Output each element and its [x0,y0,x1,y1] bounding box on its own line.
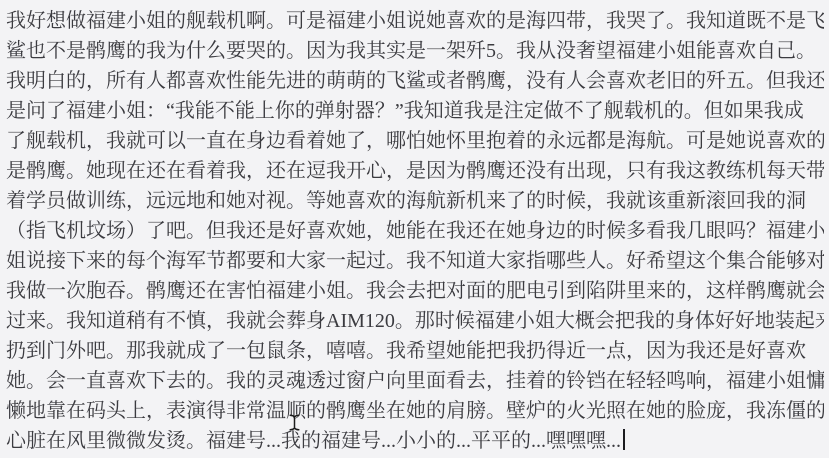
text-line[interactable]: 鲨也不是鹘鹰的我为什么要哭的。因为我其实是一架歼5。我从没奢望福建小姐能喜欢自己… [6,36,824,66]
text-line[interactable]: 我明白的，所有人都喜欢性能先进的萌萌的飞鲨或者鹘鹰，没有人会喜欢老旧的歼五。但我… [6,66,824,96]
text-line[interactable]: 是问了福建小姐：“我能不能上你的弹射器？”我知道我是注定做不了舰载机的。但如果我… [6,96,824,126]
text-line[interactable]: 着学员做训练，远远地和她对视。等她喜欢的海航新机来了的时候，我就该重新滚回我的洞 [6,186,824,216]
text-editor-area[interactable]: 我好想做福建小姐的舰载机啊。可是福建小姐说她喜欢的是海四带，我哭了。我知道既不是… [0,0,829,458]
text-line[interactable]: 我好想做福建小姐的舰载机啊。可是福建小姐说她喜欢的是海四带，我哭了。我知道既不是… [6,6,824,36]
text-line[interactable]: 扔到门外吧。那我就成了一包鼠条，嘻嘻。我希望她能把我扔得近一点，因为我还是好喜欢 [6,336,824,366]
text-line[interactable]: 过来。我知道稍有不慎，我就会葬身AIM120。那时候福建小姐大概会把我的身体好好… [6,306,824,336]
text-line[interactable]: 姐说接下来的每个海军节都要和大家一起过。我不知道大家指哪些人。好希望这个集合能够… [6,246,824,276]
text-line[interactable]: 她。会一直喜欢下去的。我的灵魂透过窗户向里面看去，挂着的铃铛在轻轻鸣响，福建小姐… [6,366,824,396]
text-line[interactable]: 心脏在风里微微发烫。福建号...我的福建号...小小的...平平的...嘿嘿嘿.… [6,426,824,456]
text-line[interactable]: 是鹘鹰。她现在还在看着我，还在逗我开心，是因为鹘鹰还没有出现，只有我这教练机每天… [6,156,824,186]
text-line[interactable]: 了舰载机，我就可以一直在身边看着她了，哪怕她怀里抱着的永远都是海航。可是她说喜欢… [6,126,824,156]
text-caret [623,429,625,450]
text-line-content: 心脏在风里微微发烫。福建号...我的福建号...小小的...平平的...嘿嘿嘿.… [6,430,621,452]
text-line[interactable]: （指飞机坟场）了吧。但我还是好喜欢她，她能在我还在她身边的时候多看我几眼吗？福建… [6,216,824,246]
text-line[interactable]: 懒地靠在码头上，表演得非常温顺的鹘鹰坐在她的肩膀。壁炉的火光照在她的脸庞，我冻僵… [6,396,824,426]
text-line[interactable]: 我做一次胞吞。鹘鹰还在害怕福建小姐。我会去把对面的肥电引到陷阱里来的，这样鹘鹰就… [6,276,824,306]
